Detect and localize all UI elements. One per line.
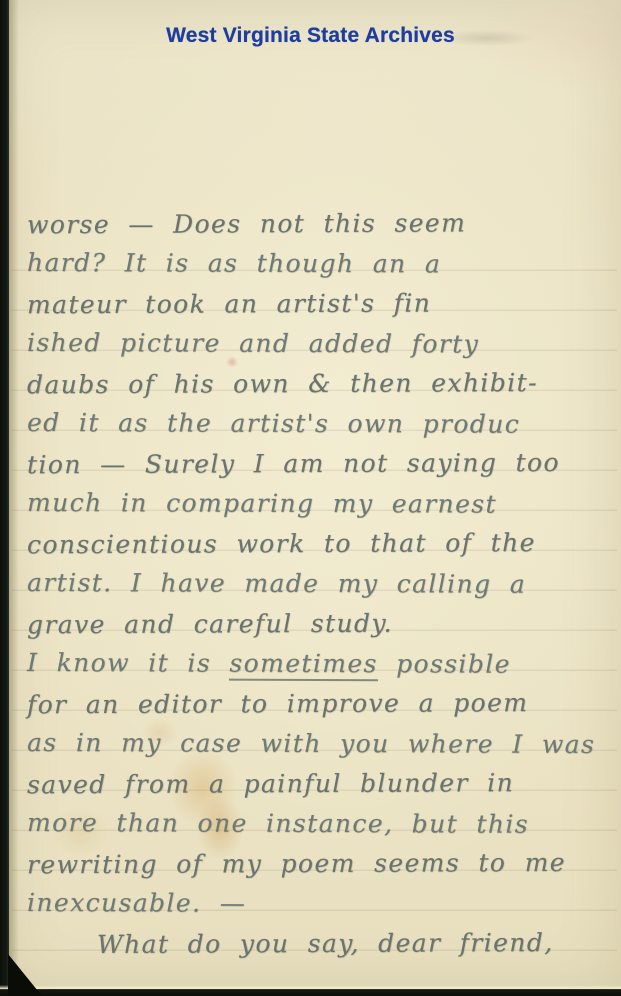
handwriting-line-7: tion — Surely I am not saying too [27, 443, 613, 486]
handwriting-line-14: as in my case with you where I was [27, 723, 613, 765]
handwriting-line-5: daubs of his own & then exhibit- [27, 363, 613, 406]
archive-header-title: West Virginia State Archives [0, 24, 621, 48]
handwriting-line-8: much in comparing my earnest [27, 483, 613, 525]
scanned-letter-page: West Virginia State Archives worse — Doe… [0, 0, 621, 996]
handwriting-segment: possible [378, 649, 511, 678]
handwriting-segment: I know it is [27, 648, 230, 678]
handwriting-line-15: saved from a painful blunder in [27, 763, 613, 806]
handwritten-letter-body: worse — Does not this seem hard? It is a… [27, 204, 613, 964]
handwriting-line-19: What do you say, dear friend, [27, 923, 613, 966]
handwriting-line-17: rewriting of my poem seems to me [27, 843, 613, 886]
handwriting-line-9: conscientious work to that of the [27, 523, 613, 566]
handwriting-line-1: worse — Does not this seem [27, 203, 613, 246]
mount-left-edge [0, 0, 9, 996]
mount-bottom-edge [0, 989, 621, 996]
handwriting-line-11: grave and careful study. [27, 603, 613, 646]
handwriting-line-18: inexcusable. — [27, 883, 613, 925]
handwriting-line-2: hard? It is as though an a [27, 243, 613, 285]
handwriting-line-4: ished picture and added forty [27, 323, 613, 365]
handwriting-line-3: mateur took an artist's fin [27, 283, 613, 326]
handwriting-line-6: ed it as the artist's own produc [27, 403, 613, 445]
paper-edge-shadow [9, 0, 19, 996]
handwriting-line-13: for an editor to improve a poem [27, 683, 613, 726]
handwriting-line-16: more than one instance, but this [27, 803, 613, 845]
handwriting-line-12: I know it is sometimes possible [27, 643, 613, 685]
underlined-word: sometimes [229, 649, 377, 682]
handwriting-line-10: artist. I have made my calling a [27, 563, 613, 605]
